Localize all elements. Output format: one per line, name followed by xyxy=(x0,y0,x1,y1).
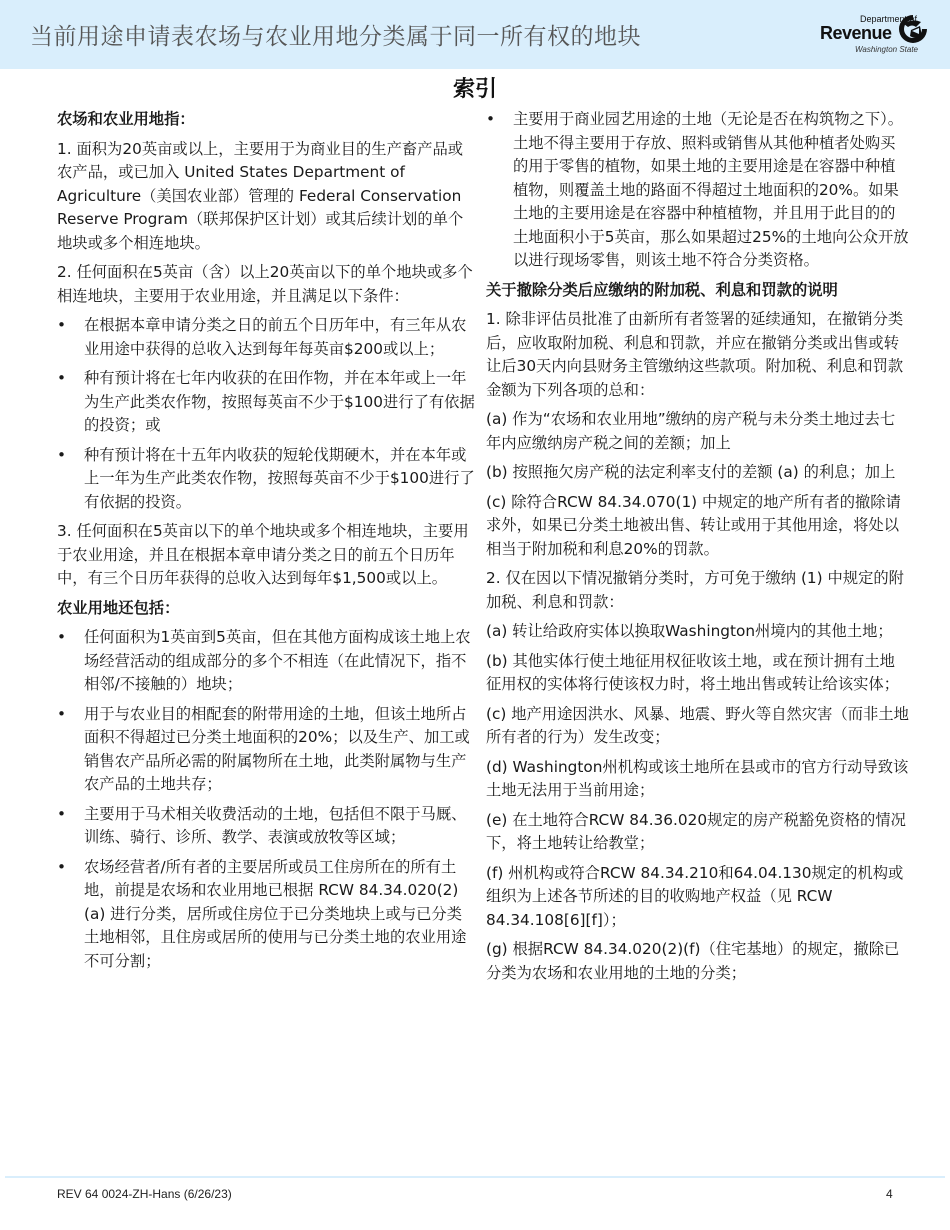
list-item: •主要用于马术相关收费活动的土地，包括但不限于马厩、训练、骑行、诊所、教学、表演… xyxy=(57,803,477,850)
left-column: 农场和农业用地指： 1. 面积为20英亩或以上，主要用于为商业目的生产畜产品或农… xyxy=(57,108,477,979)
bullet-icon: • xyxy=(57,367,71,391)
list-item: (a) 转让给政府实体以换取Washington州境内的其他土地； xyxy=(486,620,910,644)
revenue-logo-mark-icon xyxy=(898,14,928,44)
list-item: (c) 地产用途因洪水、风暴、地震、野火等自然灾害（而非土地所有者的行为）发生改… xyxy=(486,703,910,750)
list-item: •用于与农业目的相配套的附带用途的土地，但该土地所占面积不得超过已分类土地面积的… xyxy=(57,703,477,797)
logo-revenue: Revenue xyxy=(820,23,892,44)
list-item: (a) 作为“农场和农业用地”缴纳的房产税与未分类土地过去七年内应缴纳房产税之间… xyxy=(486,408,910,455)
bullet-icon: • xyxy=(57,314,71,338)
right-column: •主要用于商业园艺用途的土地（无论是否在构筑物之下）。土地不得主要用于存放、照料… xyxy=(486,108,910,991)
paragraph-r1: 1. 除非评估员批准了由新所有者签署的延续通知，在撤销分类后，应收取附加税、利息… xyxy=(486,308,910,402)
section-title-additional-tax: 关于撤除分类后应缴纳的附加税、利息和罚款的说明 xyxy=(486,279,910,303)
form-id: REV 64 0024-ZH-Hans (6/26/23) xyxy=(57,1187,232,1201)
paragraph-r2: 2. 仅在因以下情况撤销分类时，方可免于缴纳 (1) 中规定的附加税、利息和罚款… xyxy=(486,567,910,614)
department-of-revenue-logo: Department of Revenue Washington State xyxy=(818,12,938,60)
list-item: •种有预计将在十五年内收获的短轮伐期硬木，并在本年或上一年为生产此类农作物，按照… xyxy=(57,444,477,515)
document-title: 当前用途申请表农场与农业用地分类属于同一所有权的地块 xyxy=(30,18,641,51)
list-item: •在根据本章申请分类之日的前五个日历年中，有三年从农业用途中获得的总收入达到每年… xyxy=(57,314,477,361)
bullet-icon: • xyxy=(57,626,71,650)
list-item: (b) 按照拖欠房产税的法定利率支付的差额 (a) 的利息；加上 xyxy=(486,461,910,485)
list-item: •种有预计将在七年内收获的在田作物，并在本年或上一年为生产此类农作物，按照每英亩… xyxy=(57,367,477,438)
paragraph-3: 3. 任何面积在5英亩以下的单个地块或多个相连地块，主要用于农业用途，并且在根据… xyxy=(57,520,477,591)
paragraph-2: 2. 任何面积在5英亩（含）以上20英亩以下的单个地块或多个相连地块，主要用于农… xyxy=(57,261,477,308)
list-item: •农场经营者/所有者的主要居所或员工住房所在的所有土地，前提是农场和农业用地已根… xyxy=(57,856,477,974)
list-item: (g) 根据RCW 84.34.020(2)(f)（住宅基地）的规定，撤除已分类… xyxy=(486,938,910,985)
bullet-icon: • xyxy=(57,803,71,827)
list-item: (e) 在土地符合RCW 84.36.020规定的房产税豁免资格的情况下，将土地… xyxy=(486,809,910,856)
footer-divider xyxy=(5,1176,945,1178)
section-title-agricultural-land-also: 农业用地还包括： xyxy=(57,597,477,621)
list-item: •主要用于商业园艺用途的土地（无论是否在构筑物之下）。土地不得主要用于存放、照料… xyxy=(486,108,910,273)
list-item: (c) 除符合RCW 84.34.070(1) 中规定的地产所有者的撤除请求外，… xyxy=(486,491,910,562)
section-title-farm-definition: 农场和农业用地指： xyxy=(57,108,477,132)
paragraph-1: 1. 面积为20英亩或以上，主要用于为商业目的生产畜产品或农产品，或已加入 Un… xyxy=(57,138,477,256)
list-item: (f) 州机构或符合RCW 84.34.210和64.04.130规定的机构或组… xyxy=(486,862,910,933)
logo-washington-state: Washington State xyxy=(855,45,918,54)
bullet-icon: • xyxy=(57,703,71,727)
bullet-icon: • xyxy=(57,856,71,880)
list-item: (b) 其他实体行使土地征用权征收该土地，或在预计拥有土地征用权的实体将行使该权… xyxy=(486,650,910,697)
bullet-icon: • xyxy=(486,108,500,132)
page-number: 4 xyxy=(886,1187,893,1201)
page-heading: 索引 xyxy=(0,72,950,103)
list-item: (d) Washington州机构或该土地所在县或市的官方行动导致该土地无法用于… xyxy=(486,756,910,803)
list-item: •任何面积为1英亩到5英亩，但在其他方面构成该土地上农场经营活动的组成部分的多个… xyxy=(57,626,477,697)
bullet-icon: • xyxy=(57,444,71,468)
